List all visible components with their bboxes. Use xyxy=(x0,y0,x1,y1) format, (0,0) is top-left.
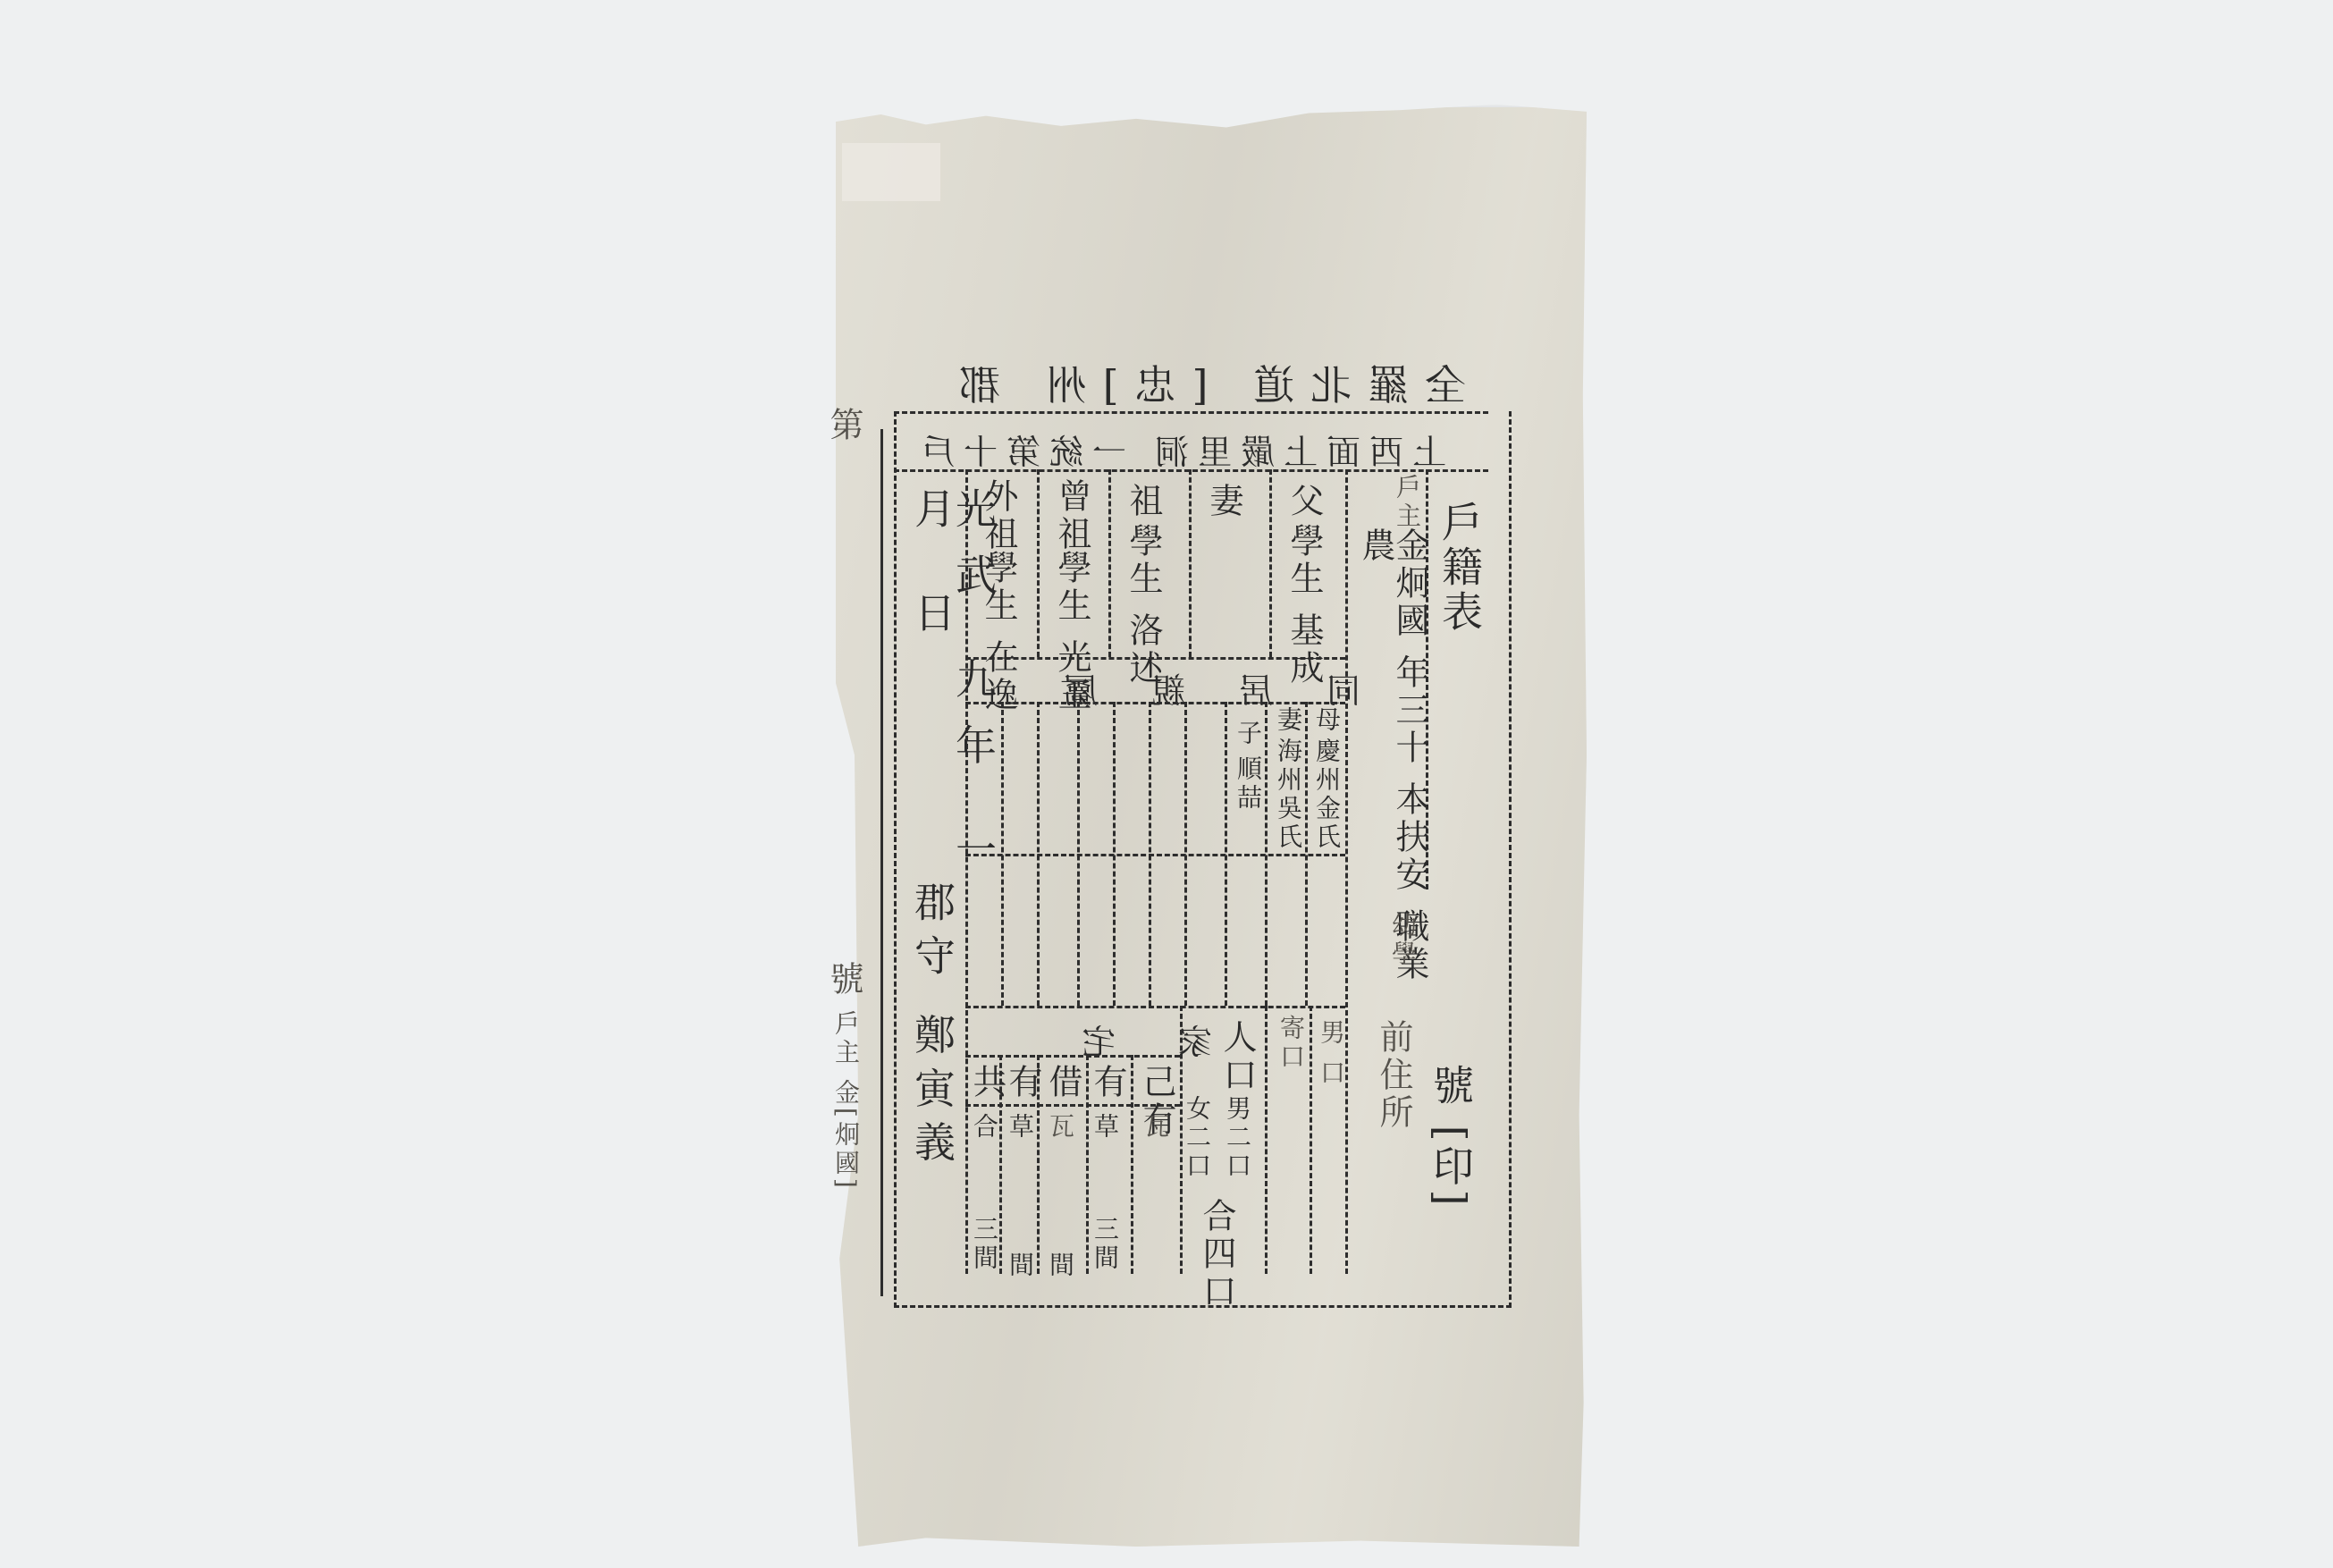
title-row: 全羅北道 [忠]州 郡 xyxy=(943,353,1466,412)
section-rule xyxy=(965,702,1345,704)
col-divider xyxy=(1108,469,1111,657)
household-head-label: 戶主 xyxy=(1394,474,1419,531)
house-type-3-sub: 草 xyxy=(1007,1113,1032,1142)
house-type-2-count: 間 xyxy=(1048,1252,1073,1280)
col-divider xyxy=(1345,469,1348,1274)
form-name: 戶籍表 xyxy=(1439,501,1480,635)
col-divider xyxy=(1131,1055,1133,1274)
official-line: 郡守 鄭寅義 xyxy=(912,881,953,1175)
house-type-4-sub: 合 xyxy=(972,1113,997,1142)
cohabitant-son: 子 xyxy=(1235,720,1260,748)
occupation-extra: 幼學 xyxy=(1390,912,1415,969)
margin-rule xyxy=(880,429,883,1296)
section-rule xyxy=(965,657,1345,660)
col-divider xyxy=(1310,1006,1312,1274)
house-type-4-count: 三間 xyxy=(972,1216,997,1273)
ancestor-great-grandfather: 曾祖 xyxy=(1055,478,1089,553)
household-total: 合四口 xyxy=(1200,1198,1234,1311)
margin-household-head: 戶主 金[炯國] xyxy=(833,1010,858,1192)
location-row: 上西面上嚴里洞 一統第十戶 xyxy=(912,425,1446,474)
previous-residence-label: 前住所 xyxy=(1377,1019,1411,1132)
col-divider xyxy=(1189,469,1192,657)
household-females: 女二口 xyxy=(1184,1095,1209,1181)
house-type-3-count: 間 xyxy=(1007,1252,1032,1280)
house-type-3: 有 xyxy=(1006,1064,1040,1101)
col-divider xyxy=(1180,1006,1183,1274)
house-type-0-sub: 瓦 xyxy=(1142,1113,1167,1142)
margin-number-top: 第 xyxy=(827,407,861,444)
col-divider xyxy=(999,1055,1002,1274)
margin-number-label: 號 xyxy=(827,961,861,999)
house-type-2-sub: 瓦 xyxy=(1048,1113,1073,1142)
title-bottom-rule xyxy=(894,411,1488,414)
cohabitant-son-name: 順喆 xyxy=(1235,755,1260,813)
cohabitant-wife-name: 海州吳氏 xyxy=(1276,738,1301,852)
paper-repair-patch xyxy=(842,143,940,201)
house-type-2: 借 xyxy=(1046,1064,1080,1101)
resident-count-0: 寄口 xyxy=(1278,1015,1303,1072)
cohabitant-wife: 妻 xyxy=(1276,706,1301,735)
resident-count-1: 男 口 xyxy=(1318,1019,1343,1088)
household-counts-label: 人口 xyxy=(1220,1019,1254,1094)
col-divider xyxy=(1086,1055,1089,1274)
ancestor-father: 父 xyxy=(1287,483,1321,520)
ancestor-grandfather: 祖 xyxy=(1126,483,1160,520)
col-divider xyxy=(1037,469,1040,657)
house-type-1-count: 三間 xyxy=(1092,1216,1117,1273)
section-rule xyxy=(965,1055,1180,1058)
col-divider xyxy=(1269,469,1272,657)
section-rule xyxy=(965,854,1345,856)
col-divider xyxy=(1037,1055,1040,1274)
house-type-1-sub: 草 xyxy=(1092,1113,1117,1142)
mother-label: 妻 xyxy=(1207,483,1241,520)
cohabitant-mother: 母 xyxy=(1314,706,1339,735)
house-type-1: 有 xyxy=(1091,1064,1124,1101)
section-rule xyxy=(965,1006,1345,1008)
household-males: 男二口 xyxy=(1225,1095,1250,1181)
col-divider xyxy=(1265,1006,1268,1274)
number-label: 號 [印] xyxy=(1430,1064,1471,1210)
cohabitant-mother-name: 慶州金氏 xyxy=(1314,738,1339,852)
